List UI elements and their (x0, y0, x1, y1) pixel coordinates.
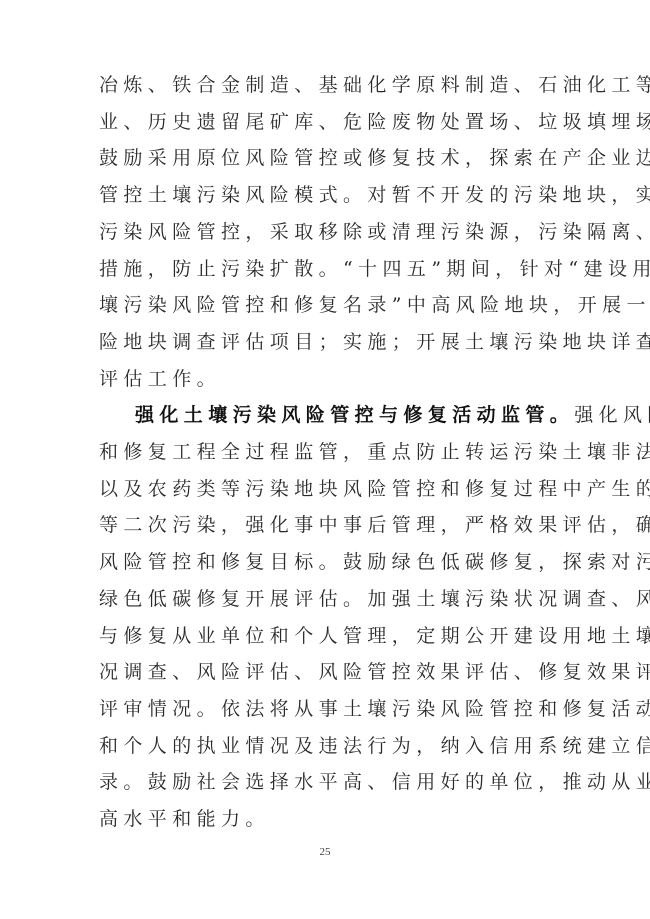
text-line: 高水平和能力。 (99, 801, 555, 838)
text-line-first: 强化土壤污染风险管控与修复活动监管。强化风险管控 (99, 397, 555, 434)
body-text: 冶炼、铁合金制造、基础化学原料制造、石油化工等行业企 业、历史遗留尾矿库、危险废… (99, 67, 555, 838)
text-line: 绿色低碳修复开展评估。加强土壤污染状况调查、风险管控 (99, 581, 555, 618)
text-line: 冶炼、铁合金制造、基础化学原料制造、石油化工等行业企 (99, 67, 555, 104)
text-line: 与修复从业单位和个人管理，定期公开建设用地土壤污染状 (99, 618, 555, 655)
text-line: 措施，防止污染扩散。“十四五”期间，针对“建设用地土 (99, 251, 555, 288)
text-line: 壤污染风险管控和修复名录”中高风险地块，开展一批高风 (99, 287, 555, 324)
document-page: 冶炼、铁合金制造、基础化学原料制造、石油化工等行业企 业、历史遗留尾矿库、危险废… (0, 0, 650, 919)
paragraph-heading: 强化土壤污染风险管控与修复活动监管。 (135, 404, 574, 426)
text-line: 和修复工程全过程监管，重点防止转运污染土壤非法处置， (99, 434, 555, 471)
text-line: 风险管控和修复目标。鼓励绿色低碳修复，探索对污染地块 (99, 544, 555, 581)
text-line: 险地块调查评估项目；实施；开展土壤污染地块详查及风险 (99, 324, 555, 361)
text-line: 等二次污染，强化事中事后管理，严格效果评估，确保实现 (99, 507, 555, 544)
text-line: 况调查、风险评估、风险管控效果评估、修复效果评估报告 (99, 654, 555, 691)
text-line: 鼓励采用原位风险管控或修复技术，探索在产企业边生产边 (99, 140, 555, 177)
text-line: 业、历史遗留尾矿库、危险废物处置场、垃圾填埋场为重点， (99, 104, 555, 141)
text-line: 评审情况。依法将从事土壤污染风险管控和修复活动的单位 (99, 691, 555, 728)
page-number: 25 (0, 846, 650, 858)
text-line: 录。鼓励社会选择水平高、信用好的单位，推动从业单位提 (99, 764, 555, 801)
text-line: 以及农药类等污染地块风险管控和修复过程中产生的异味 (99, 471, 555, 508)
text-line: 评估工作。 (99, 361, 555, 398)
text-line: 管控土壤污染风险模式。对暂不开发的污染地块，实施土壤 (99, 177, 555, 214)
text-run: 强化风险管控 (574, 404, 650, 426)
text-line: 污染风险管控，采取移除或清理污染源，污染隔离、阻断等 (99, 214, 555, 251)
paragraph-1: 冶炼、铁合金制造、基础化学原料制造、石油化工等行业企 业、历史遗留尾矿库、危险废… (99, 67, 555, 397)
paragraph-2: 强化土壤污染风险管控与修复活动监管。强化风险管控 和修复工程全过程监管，重点防止… (99, 397, 555, 837)
text-line: 和个人的执业情况及违法行为，纳入信用系统建立信用记 (99, 728, 555, 765)
